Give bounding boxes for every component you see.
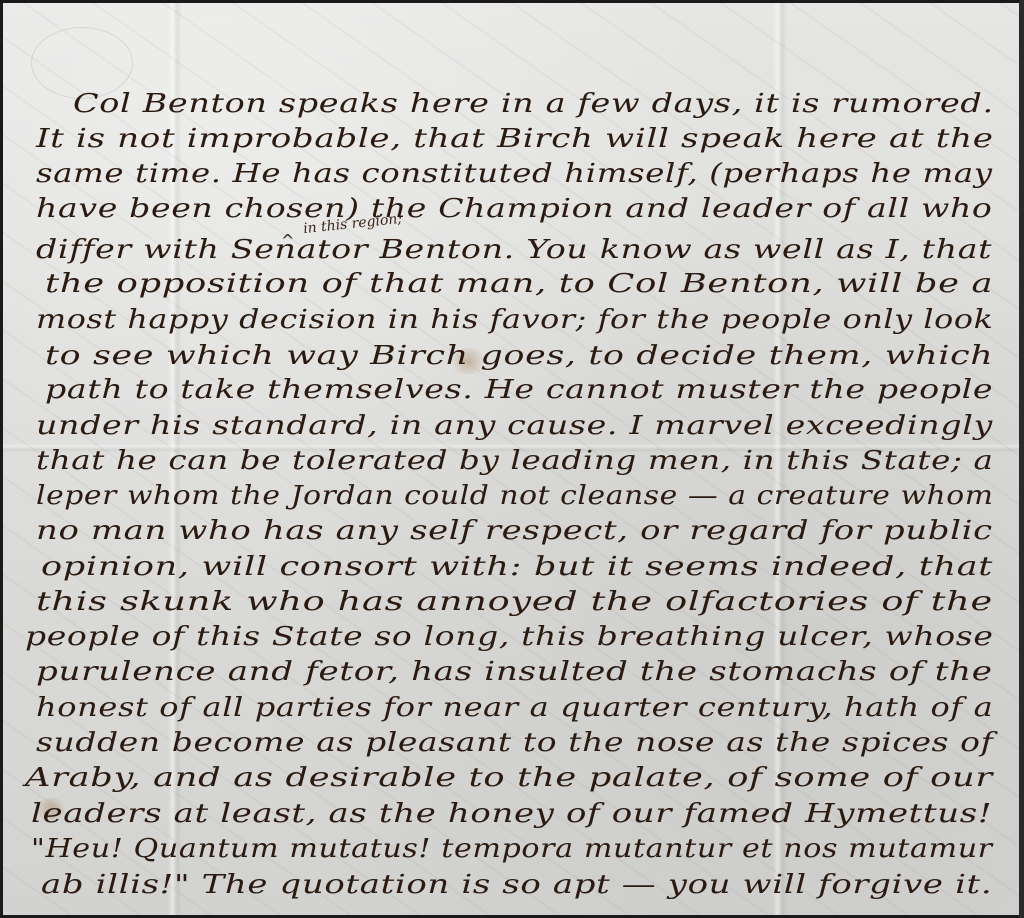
- handwritten-line: differ with Senator Benton. You know as …: [36, 235, 992, 265]
- handwritten-line: no man who has any self respect, or rega…: [36, 516, 993, 546]
- scan-edge: [1019, 0, 1024, 918]
- handwritten-line: path to take themselves. He cannot muste…: [45, 375, 993, 405]
- handwritten-line: sudden become as pleasant to the nose as…: [36, 728, 993, 758]
- handwritten-line: leper whom the Jordan could not cleanse …: [36, 481, 994, 511]
- handwritten-line: Araby, and as desirable to the palate, o…: [25, 763, 993, 793]
- handwritten-line: this skunk who has annoyed the olfactori…: [36, 587, 993, 617]
- handwritten-line: honest of all parties for near a quarter…: [36, 693, 993, 723]
- handwritten-line: Col Benton speaks here in a few days, it…: [73, 89, 994, 119]
- handwritten-line: same time. He has constituted himself, (…: [36, 159, 993, 189]
- insertion-caret: ^: [281, 231, 294, 250]
- handwritten-line: people of this State so long, this breat…: [25, 622, 994, 652]
- handwritten-line: opinion, will consort with: but it seems…: [41, 552, 993, 582]
- handwritten-line: to see which way Birch goes, to decide t…: [45, 341, 993, 371]
- handwritten-line: ab illis!" The quotation is so apt — you…: [41, 870, 992, 900]
- handwritten-line: under his standard, in any cause. I marv…: [36, 411, 993, 441]
- letter-page: Col Benton speaks here in a few days, it…: [3, 3, 1019, 915]
- handwritten-line: the opposition of that man, to Col Bento…: [45, 269, 993, 299]
- handwritten-line: It is not improbable, that Birch will sp…: [36, 124, 994, 154]
- handwritten-line: most happy decision in his favor; for th…: [36, 305, 993, 335]
- handwritten-line: purulence and fetor, has insulted the st…: [36, 657, 993, 687]
- handwritten-line: that he can be tolerated by leading men,…: [36, 446, 994, 476]
- handwritten-line: "Heu! Quantum mutatus! tempora mutantur …: [31, 834, 993, 864]
- handwritten-line: have been chosen) the Champion and leade…: [36, 194, 993, 224]
- handwritten-line: leaders at least, as the honey of our fa…: [31, 799, 992, 829]
